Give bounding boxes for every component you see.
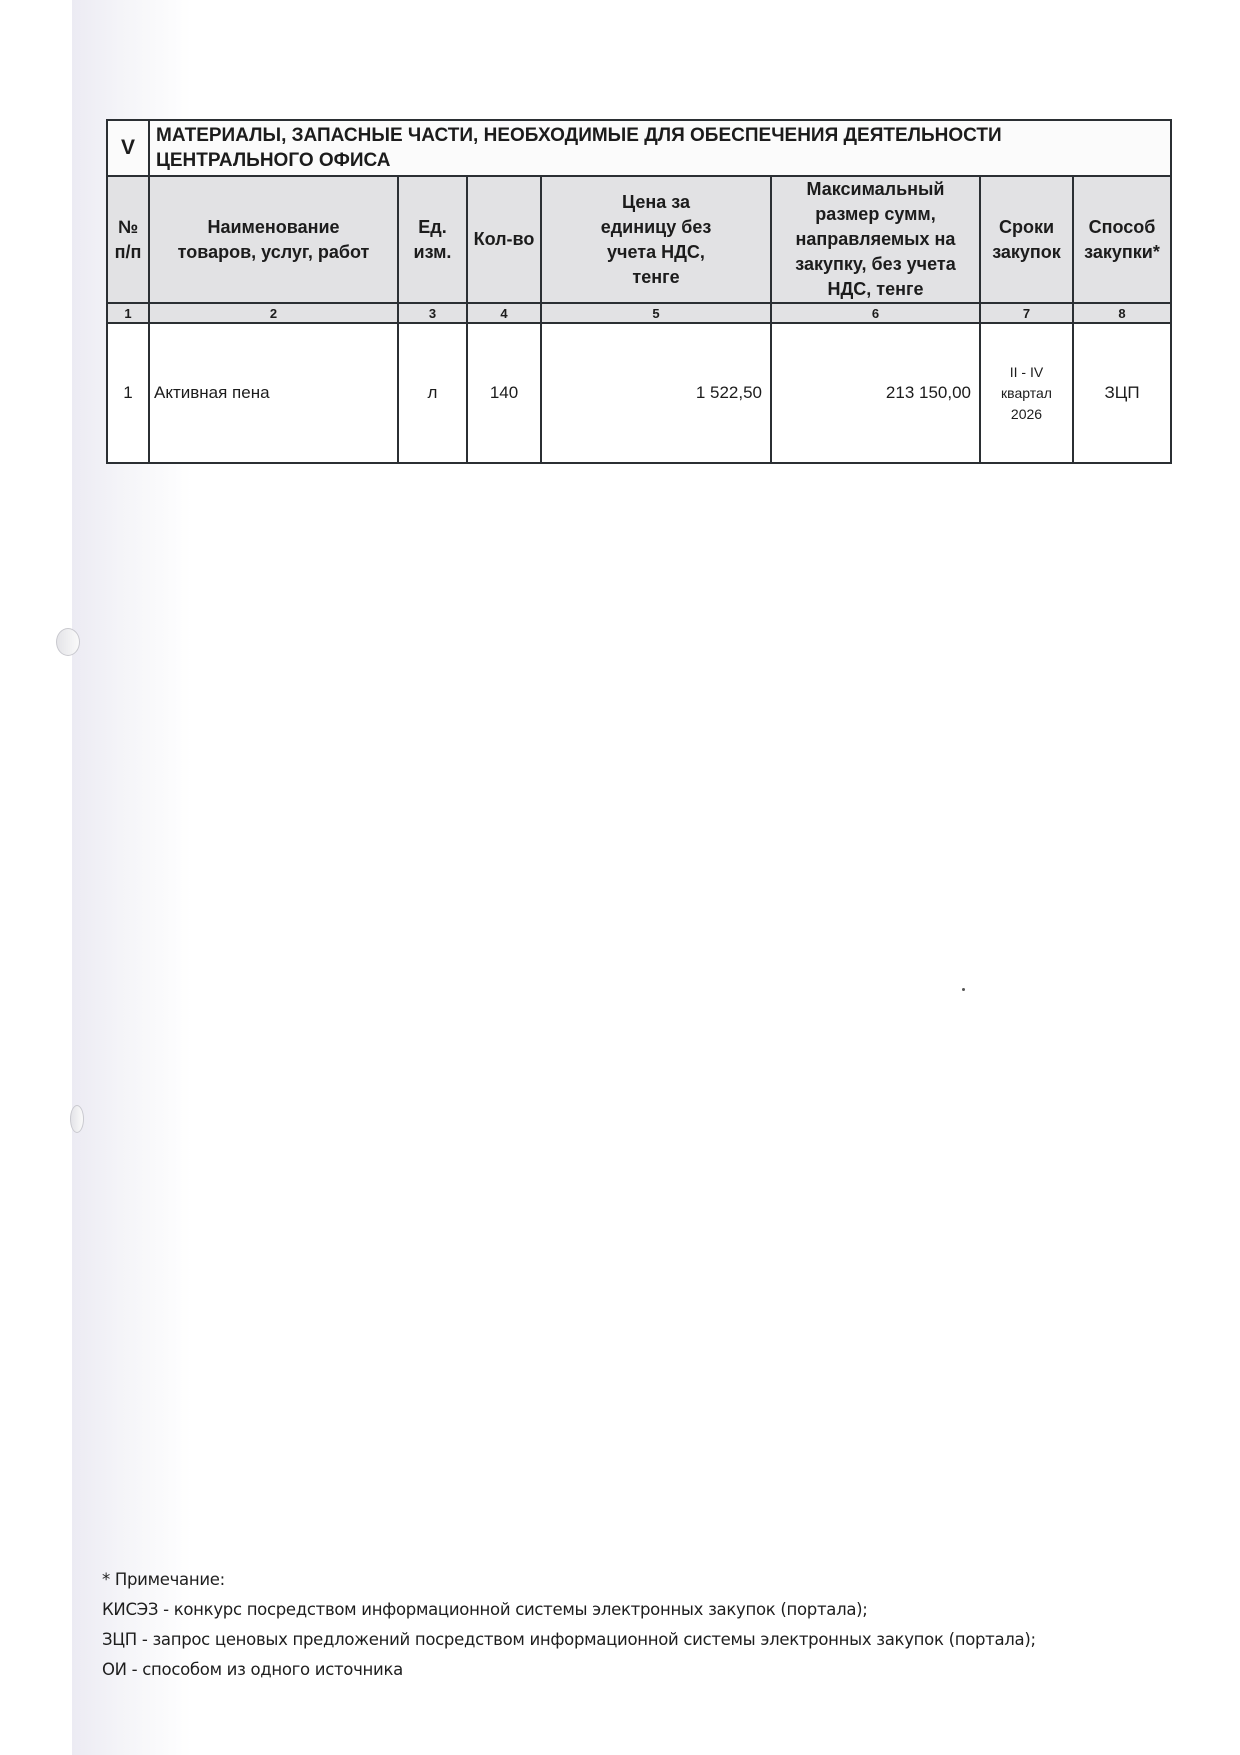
cell-period: II - IV квартал 2026 (980, 323, 1073, 463)
punch-hole-mark (70, 1105, 84, 1133)
header-method: Способ закупки* (1073, 176, 1171, 303)
col-num-4: 4 (467, 303, 541, 323)
col-num-7: 7 (980, 303, 1073, 323)
header-max-amount-text: Максимальный размер сумм, направляемых н… (772, 177, 979, 302)
footnote-line: ЗЦП - запрос ценовых предложений посредс… (102, 1625, 1036, 1655)
col-num-3: 3 (398, 303, 467, 323)
header-qty: Кол-во (467, 176, 541, 303)
cell-name: Активная пена (149, 323, 398, 463)
procurement-table: V МАТЕРИАЛЫ, ЗАПАСНЫЕ ЧАСТИ, НЕОБХОДИМЫЕ… (106, 119, 1172, 464)
header-no: № п/п (107, 176, 149, 303)
cell-method: ЗЦП (1073, 323, 1171, 463)
header-no-text: № п/п (113, 215, 143, 265)
col-num-5: 5 (541, 303, 771, 323)
table-row: 1 Активная пена л 140 1 522,50 213 150,0… (107, 323, 1171, 463)
cell-qty: 140 (467, 323, 541, 463)
col-num-2: 2 (149, 303, 398, 323)
header-name: Наименование товаров, услуг, работ (149, 176, 398, 303)
header-unit-text: Ед. изм. (413, 215, 453, 265)
punch-hole-mark (56, 628, 80, 656)
section-title-row: V МАТЕРИАЛЫ, ЗАПАСНЫЕ ЧАСТИ, НЕОБХОДИМЫЕ… (107, 120, 1171, 176)
scan-speck (962, 988, 965, 991)
section-title: МАТЕРИАЛЫ, ЗАПАСНЫЕ ЧАСТИ, НЕОБХОДИМЫЕ Д… (149, 120, 1171, 176)
cell-unit: л (398, 323, 467, 463)
header-period: Сроки закупок (980, 176, 1073, 303)
header-unit: Ед. изм. (398, 176, 467, 303)
footnote-heading: * Примечание: (102, 1565, 1036, 1595)
cell-period-line3: 2026 (981, 404, 1072, 425)
footnote-line: ОИ - способом из одного источника (102, 1655, 1036, 1685)
header-max-amount: Максимальный размер сумм, направляемых н… (771, 176, 980, 303)
section-number: V (107, 120, 149, 176)
column-number-row: 1 2 3 4 5 6 7 8 (107, 303, 1171, 323)
cell-unit-price: 1 522,50 (541, 323, 771, 463)
col-num-1: 1 (107, 303, 149, 323)
cell-max-amount: 213 150,00 (771, 323, 980, 463)
cell-no: 1 (107, 323, 149, 463)
cell-period-line2: квартал (981, 383, 1072, 404)
col-num-8: 8 (1073, 303, 1171, 323)
col-num-6: 6 (771, 303, 980, 323)
header-unit-price: Цена за единицу без учета НДС, тенге (541, 176, 771, 303)
header-period-text: Сроки закупок (992, 215, 1062, 265)
header-method-text: Способ закупки* (1082, 215, 1162, 265)
header-row: № п/п Наименование товаров, услуг, работ… (107, 176, 1171, 303)
footnote-line: КИСЭЗ - конкурс посредством информационн… (102, 1595, 1036, 1625)
footnotes: * Примечание: КИСЭЗ - конкурс посредство… (102, 1565, 1036, 1685)
scan-margin (0, 0, 72, 1755)
header-unit-price-text: Цена за единицу без учета НДС, тенге (586, 190, 726, 290)
header-name-text: Наименование товаров, услуг, работ (150, 215, 397, 265)
cell-period-line1: II - IV (981, 362, 1072, 383)
